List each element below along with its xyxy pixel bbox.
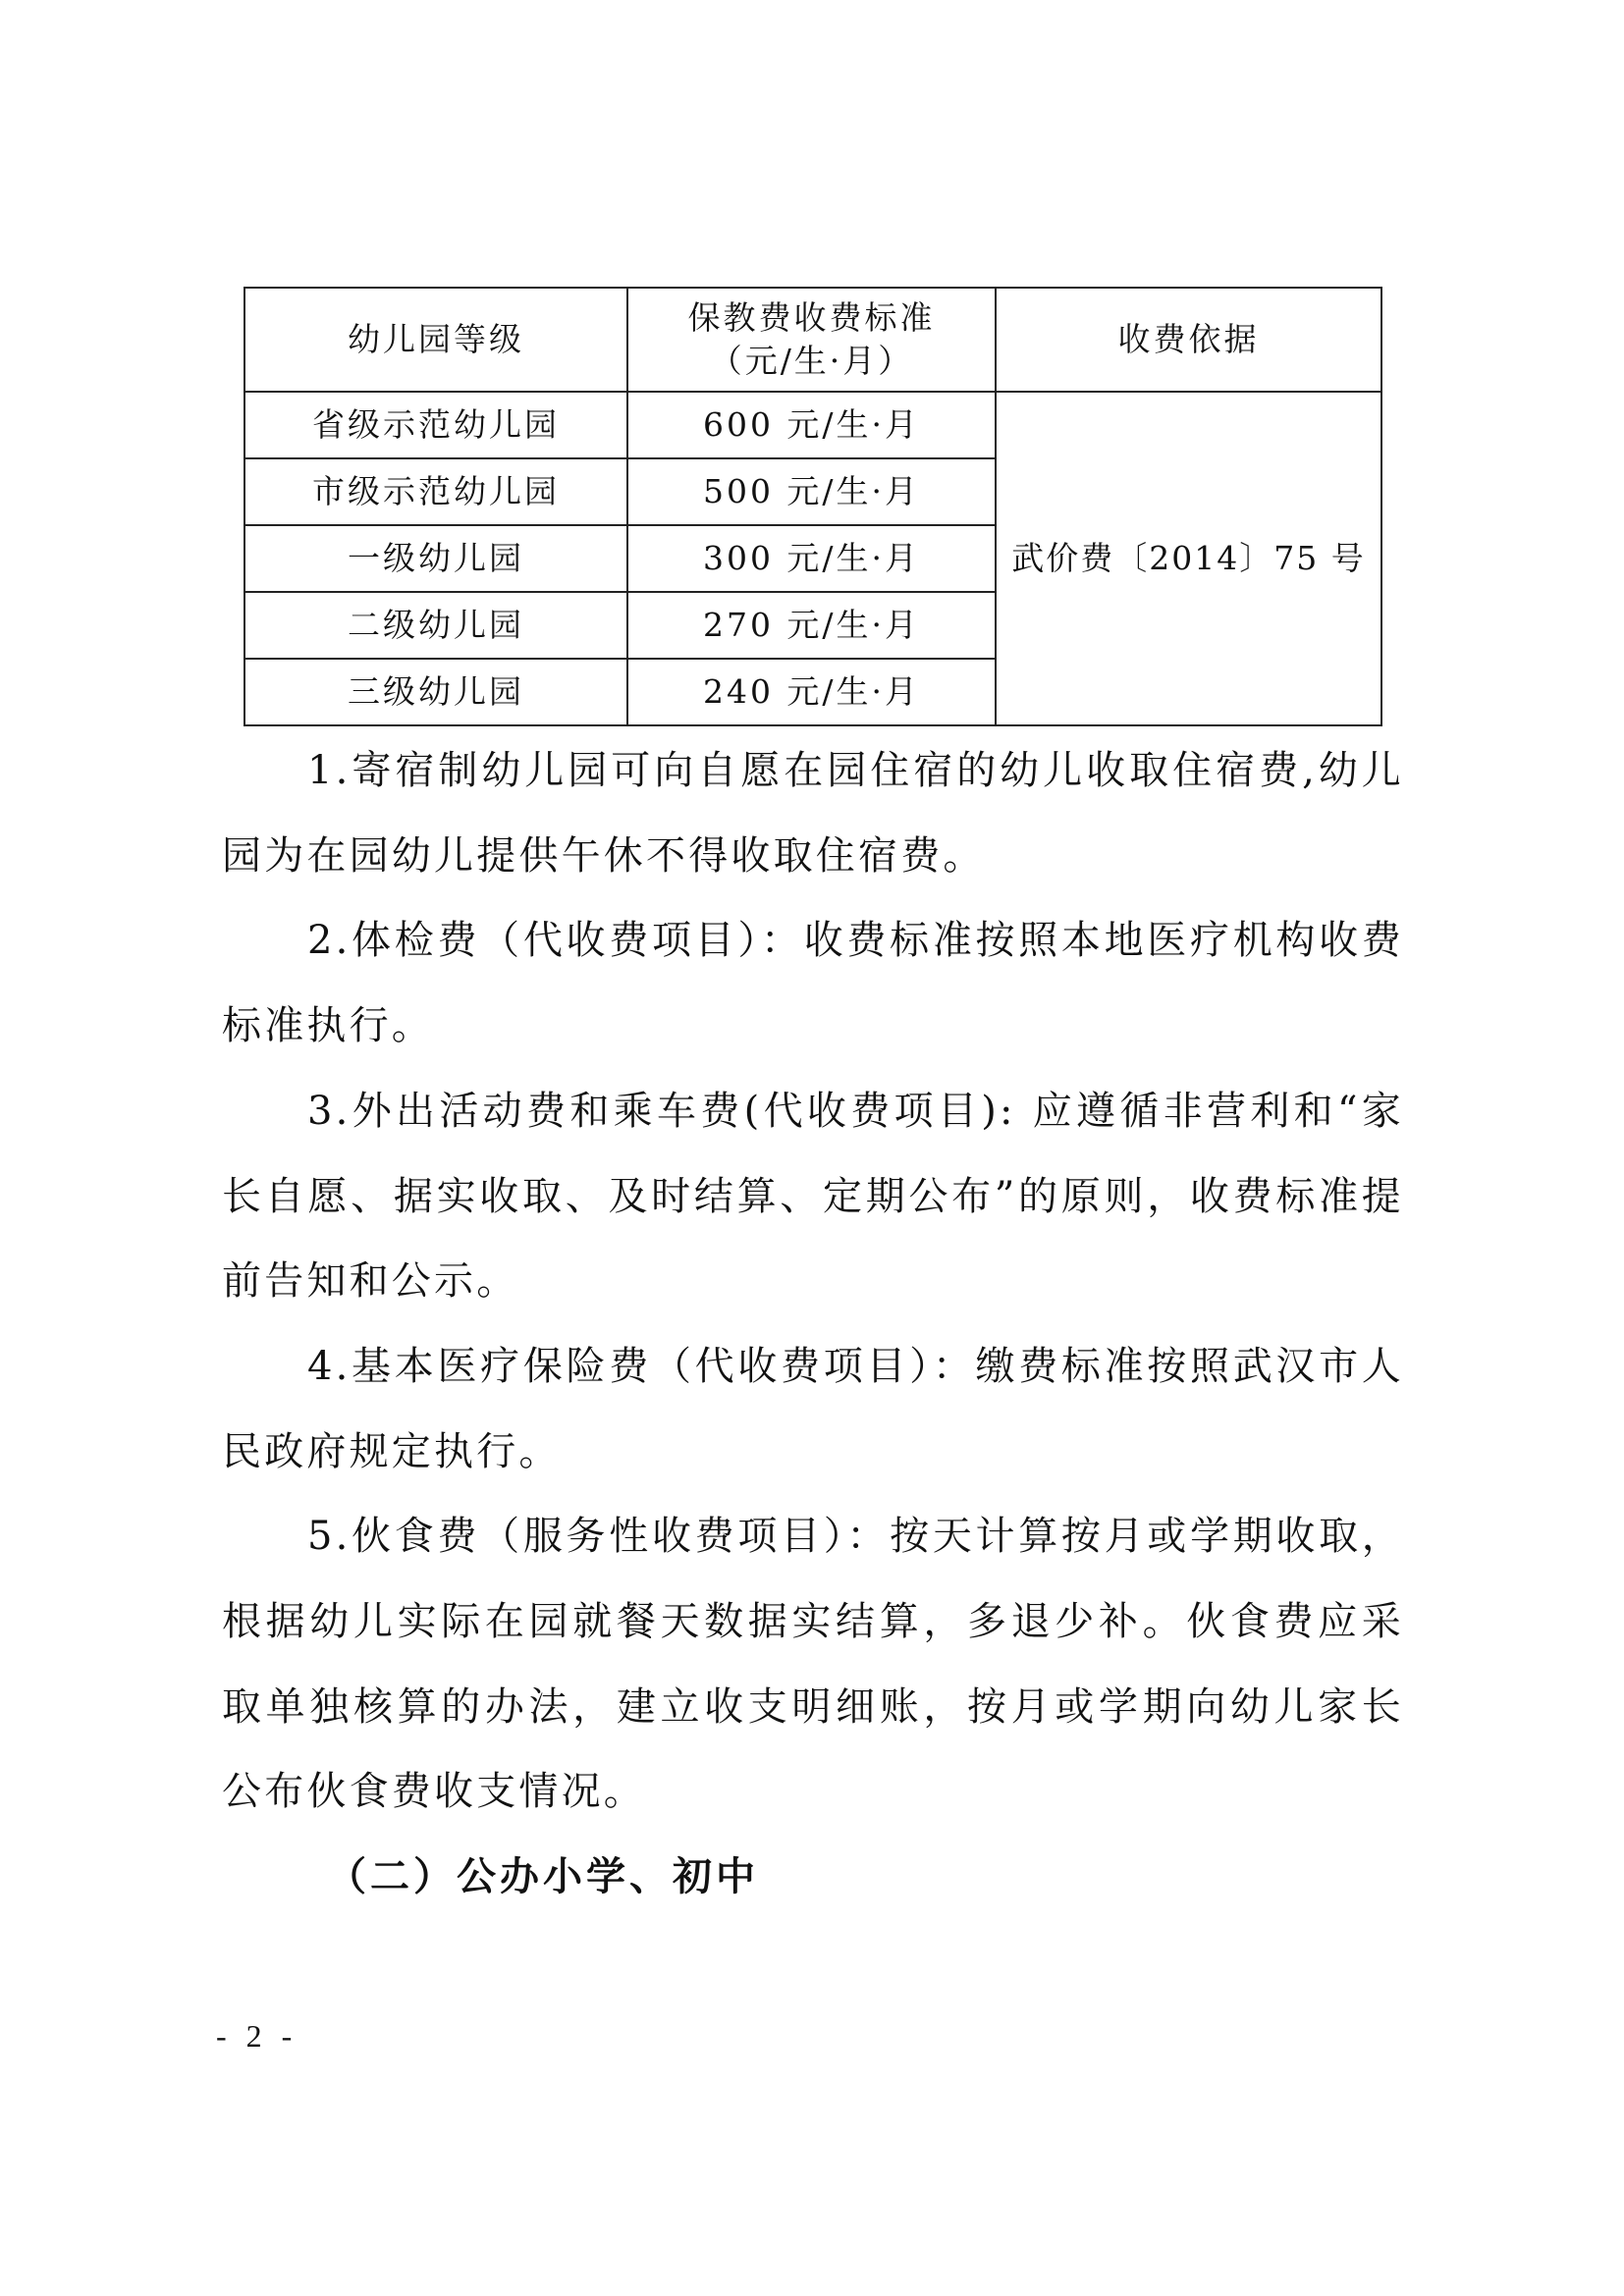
cell-fee: 240 元/生·月 [627,659,996,725]
paragraph-meal-fee: 5.伙食费（服务性收费项目）：按天计算按月或学期收取，根据幼儿实际在园就餐天数据… [222,1494,1404,1835]
cell-fee: 600 元/生·月 [627,392,996,458]
cell-level: 三级幼儿园 [244,659,627,725]
kindergarten-fee-table: 幼儿园等级 保教费收费标准 （元/生·月） 收费依据 省级示范幼儿园 600 元… [244,287,1382,726]
paragraph-activity-transport-fee: 3.外出活动费和乘车费(代收费项目): 应遵循非营利和“家长自愿、据实收取、及时… [222,1069,1404,1324]
cell-level: 一级幼儿园 [244,525,627,592]
body-text: 1.寄宿制幼儿园可向自愿在园住宿的幼儿收取住宿费,幼儿园为在园幼儿提供午休不得收… [222,728,1404,1920]
cell-level: 市级示范幼儿园 [244,458,627,525]
paragraph-physical-exam-fee: 2.体检费（代收费项目）：收费标准按照本地医疗机构收费标准执行。 [222,898,1404,1068]
section-heading: （二）公办小学、初中 [222,1835,1404,1920]
cell-level: 省级示范幼儿园 [244,392,627,458]
table-header-row: 幼儿园等级 保教费收费标准 （元/生·月） 收费依据 [244,288,1381,392]
cell-fee-basis: 武价费〔2014〕75 号 [996,392,1381,725]
paragraph-boarding-fee: 1.寄宿制幼儿园可向自愿在园住宿的幼儿收取住宿费,幼儿园为在园幼儿提供午休不得收… [222,728,1404,898]
header-kindergarten-level: 幼儿园等级 [244,288,627,392]
page-number: - 2 - [216,2018,298,2055]
cell-fee: 300 元/生·月 [627,525,996,592]
paragraph-medical-insurance-fee: 4.基本医疗保险费（代收费项目）：缴费标准按照武汉市人民政府规定执行。 [222,1324,1404,1494]
cell-level: 二级幼儿园 [244,592,627,659]
cell-fee: 270 元/生·月 [627,592,996,659]
header-fee-standard-unit: （元/生·月） [628,340,995,383]
table-row: 省级示范幼儿园 600 元/生·月 武价费〔2014〕75 号 [244,392,1381,458]
header-fee-standard: 保教费收费标准 （元/生·月） [627,288,996,392]
document-page: 幼儿园等级 保教费收费标准 （元/生·月） 收费依据 省级示范幼儿园 600 元… [0,0,1624,2296]
header-fee-standard-title: 保教费收费标准 [628,296,995,340]
cell-fee: 500 元/生·月 [627,458,996,525]
header-fee-basis: 收费依据 [996,288,1381,392]
